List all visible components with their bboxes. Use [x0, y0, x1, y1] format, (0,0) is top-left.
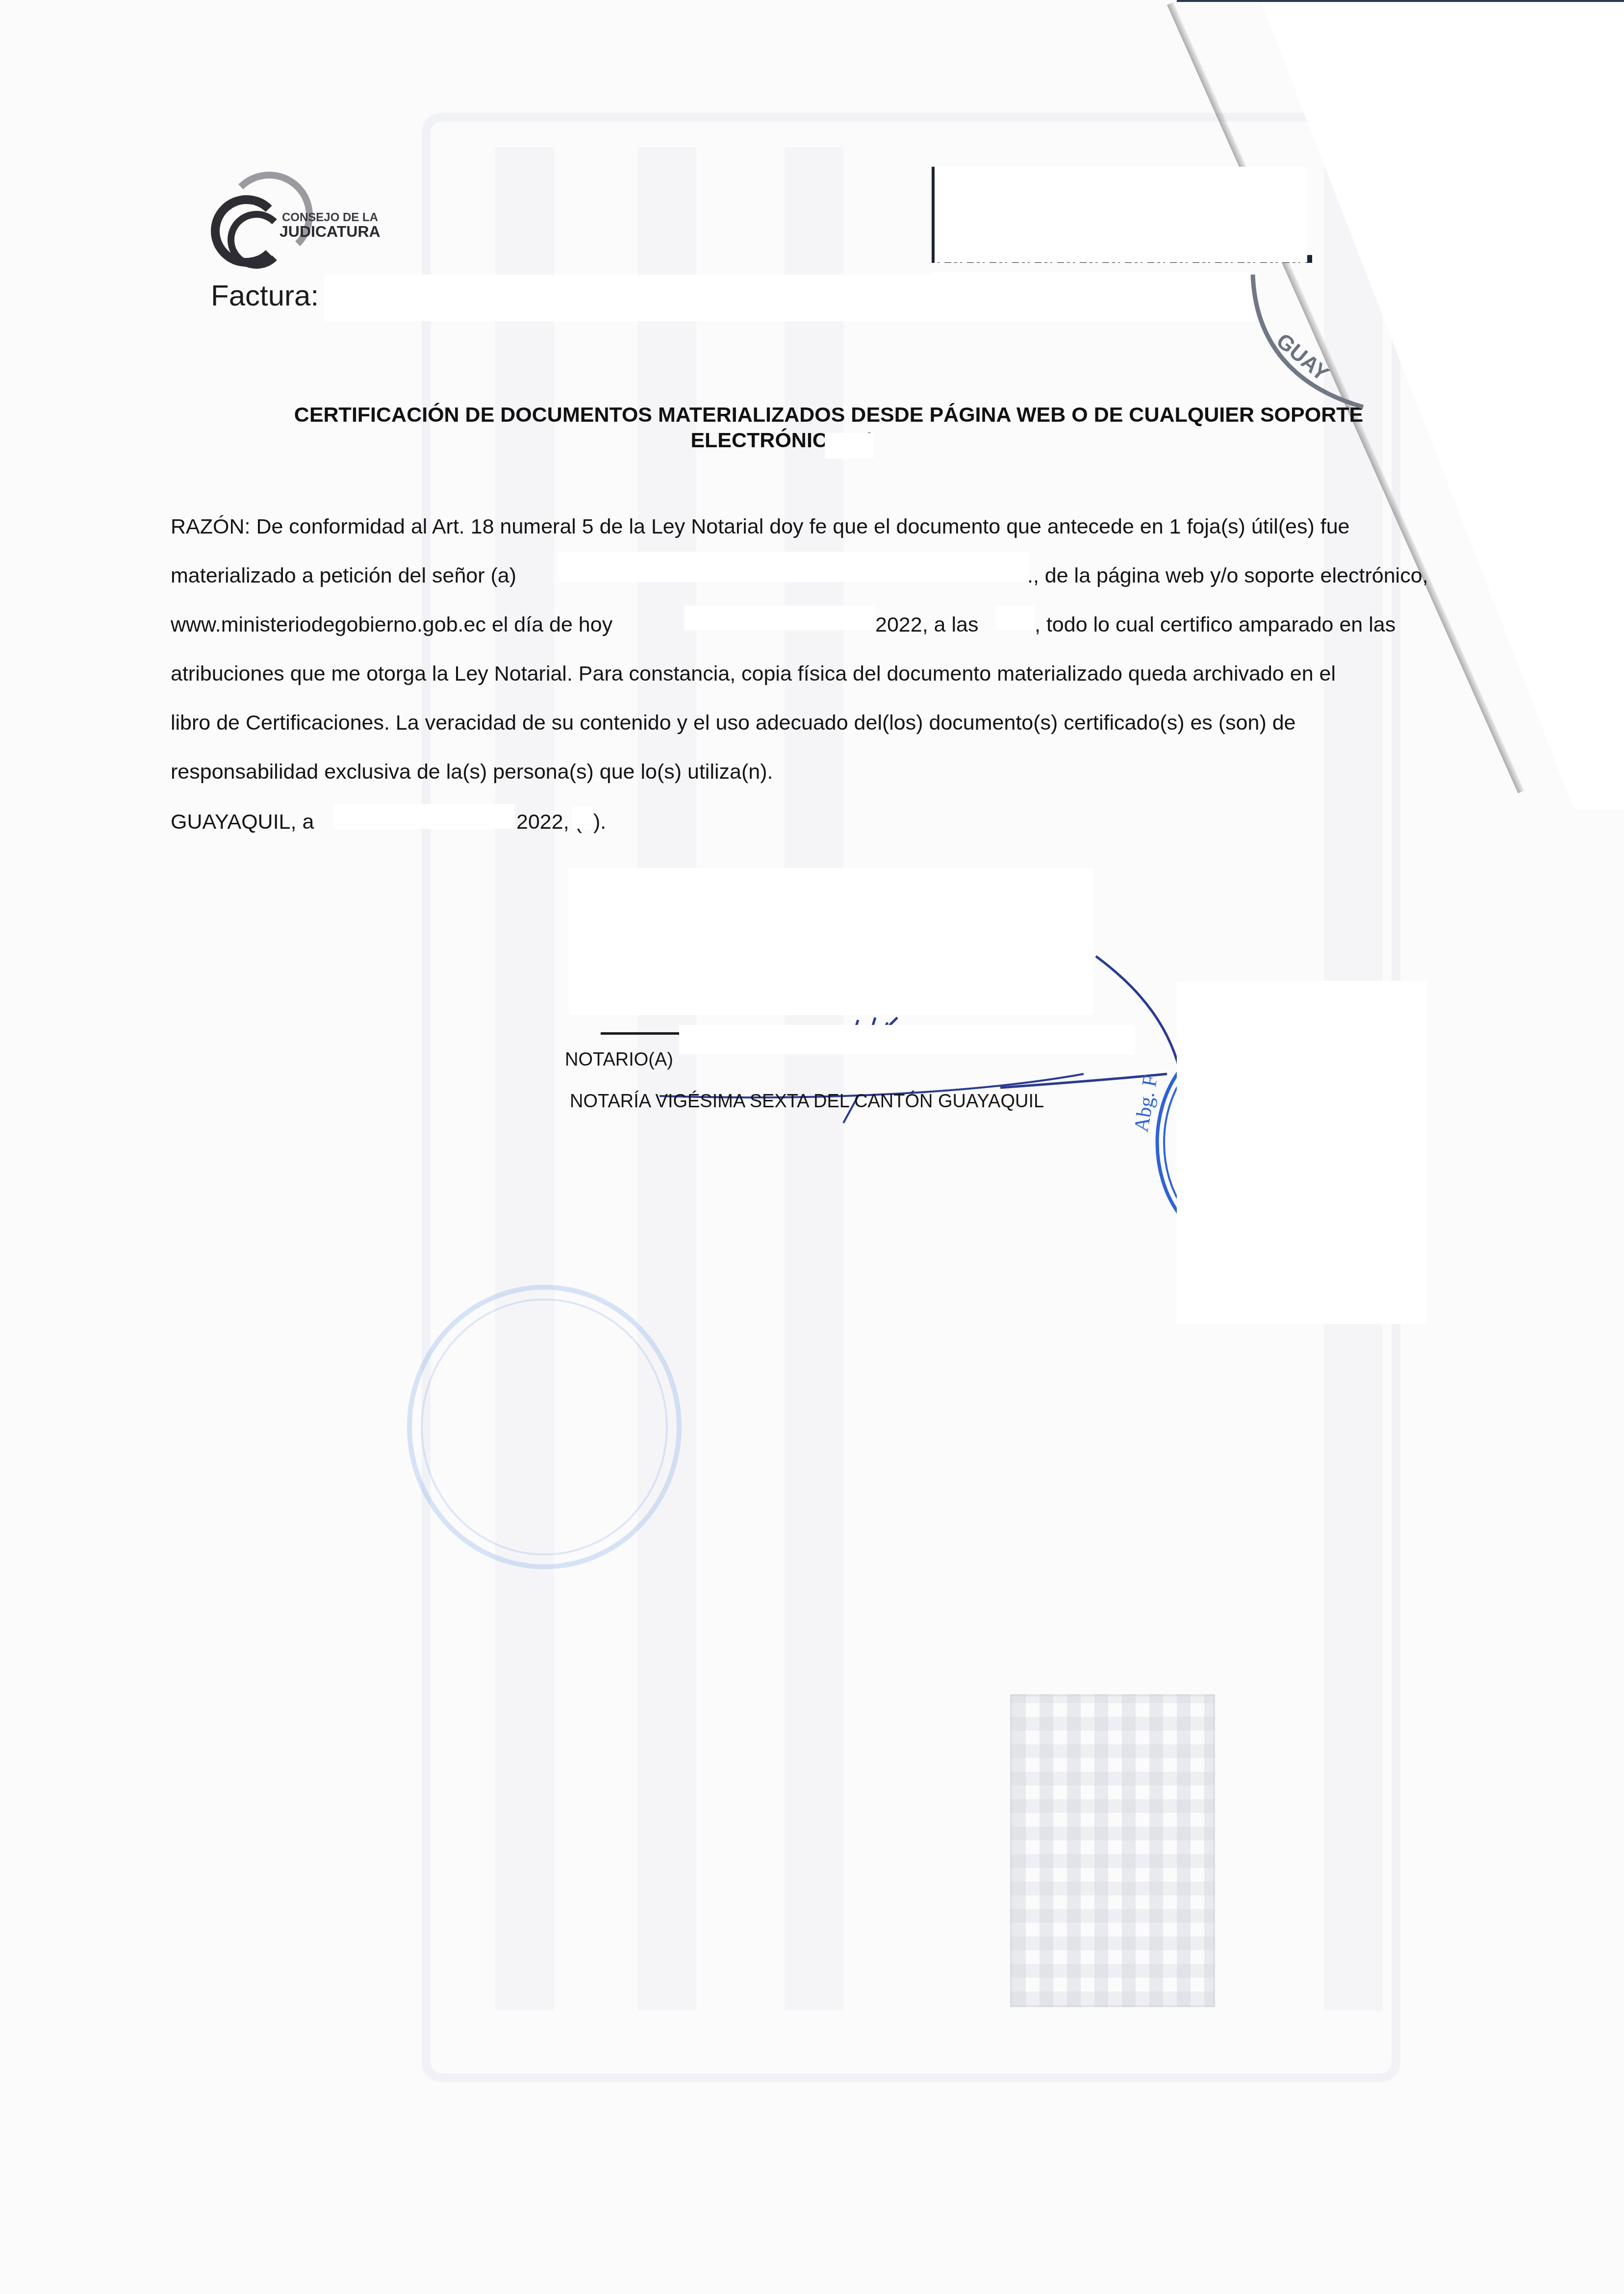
redacted-stamp-area	[1177, 981, 1427, 1324]
notary-office: NOTARÍA VIGÉSIMA SEXTA DEL CANTÓN GUAYAQ…	[570, 1091, 1044, 1112]
redacted-notary-name	[679, 1025, 1135, 1054]
notary-role: NOTARIO(A)	[565, 1049, 673, 1071]
redacted-signature-area	[569, 868, 1093, 1015]
